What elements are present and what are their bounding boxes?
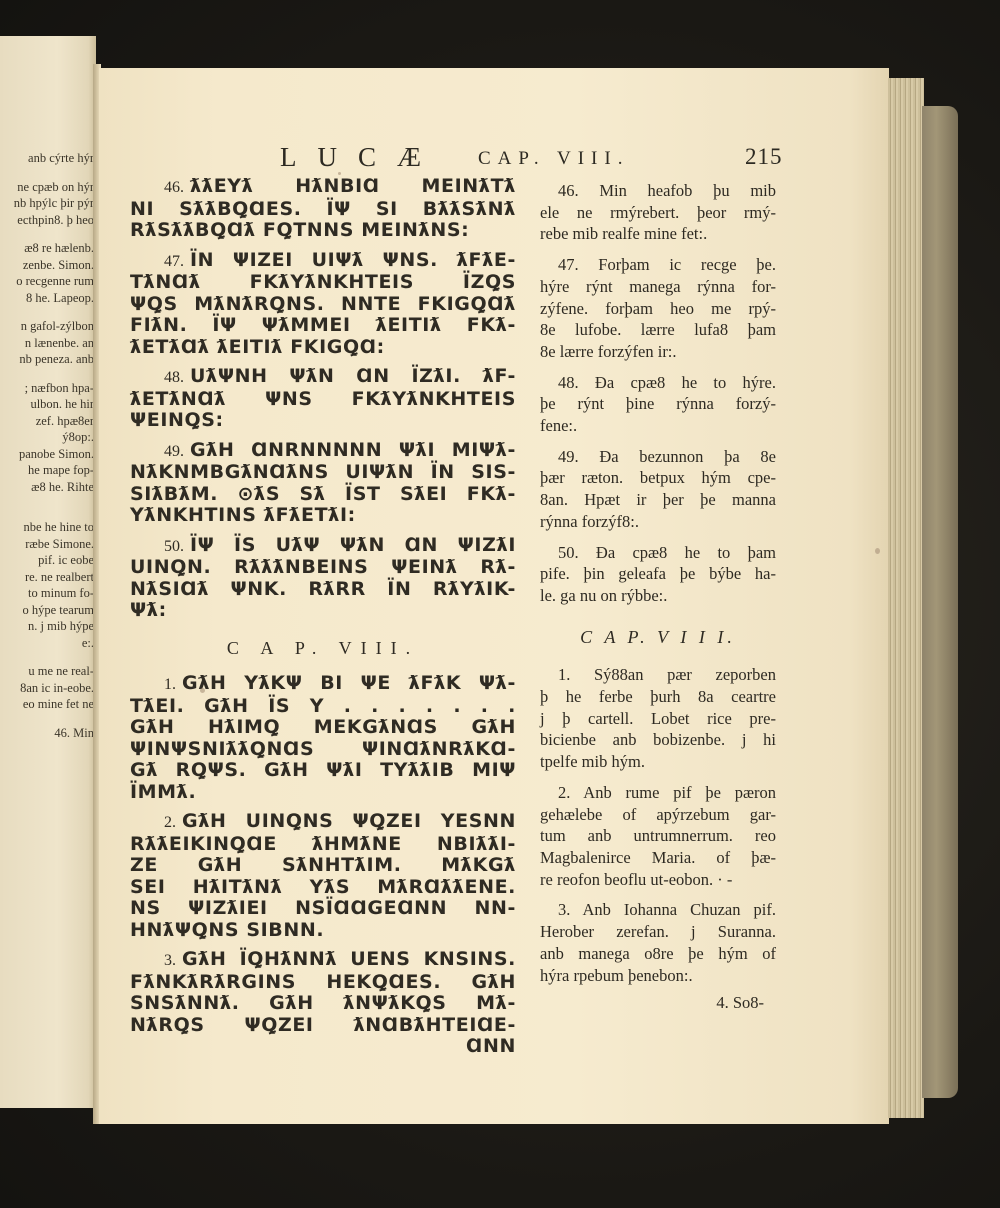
gothic-line: 46.ƛƛeyƛ hƛnbiɑ meinƛtƛ — [130, 176, 516, 199]
left-page-line: e:. — [0, 635, 96, 652]
chapter-heading: C A P. V I I I. — [540, 627, 776, 649]
gothic-line-text: rƛƛeikinꝗɑe ƛhmƛne nbiƛƛi- — [130, 833, 516, 855]
gothic-verse-47: 47.ïn ψizei uiψƛ ψns. ƛfƛe-tƛnɑƛ fkƛyƛnk… — [130, 250, 516, 359]
anglo-saxon-text-column: 46. Min heafob þu mibele ne rmýrebert. þ… — [540, 180, 776, 1014]
gothic-line-text: gƛh uinꝗns ψꝗzei yesnn — [182, 810, 516, 832]
gothic-verse-2: 2.gƛh uinꝗns ψꝗzei yesnnrƛƛeikinꝗɑe ƛhmƛ… — [130, 811, 516, 941]
gothic-line-text: uƛψnh ψƛn ɑn ïzƛi. ƛf- — [190, 365, 516, 387]
gothic-line-text: rƛsƛƛbꝗɑƛ fꝗtnns meinƛns: — [130, 219, 469, 241]
gothic-line: uinꝗn. rƛƛƛnbeins ψeinƛ rƛ- — [130, 557, 516, 579]
left-page-line: ræbe Simone. — [0, 536, 96, 553]
left-page-line: eo mine fet ne — [0, 696, 96, 713]
gothic-line: ɑnn — [130, 1036, 516, 1058]
gothic-line: snsƛnnƛ. gƛh ƛnψƛkꝗs mƛ- — [130, 993, 516, 1015]
line-gap — [0, 651, 96, 663]
saxon-line: zýfene. forþam heo me rpý- — [540, 298, 776, 320]
saxon-verse-47: 47. Forþam ic recge þe.hýre rýnt manega … — [540, 254, 776, 363]
gothic-line-text: ψinψsniƛƛꝗnɑs ψinɑƛnrƛkɑ- — [130, 738, 516, 760]
gothic-line-text: ns ψizƛiei nsïɑɑgeɑnn nn- — [130, 897, 516, 919]
gothic-line-text: ψƛ: — [130, 599, 167, 621]
left-page-line: ecthpin8. þ heo — [0, 212, 96, 229]
saxon-line: ele ne rmýrebert. þeor rmý- — [540, 202, 776, 224]
gothic-line-text: fiƛn. ïψ ψƛmmei ƛeitiƛ fkƛ- — [130, 314, 516, 336]
left-page-line: ne cpæb on hýr — [0, 179, 96, 196]
saxon-line: 46. Min heafob þu mib — [540, 180, 776, 202]
gothic-line: 50.ïψ ïs uƛψ ψƛn ɑn ψizƛi — [130, 535, 516, 558]
left-page-line: nb peneza. anb — [0, 351, 96, 368]
line-gap — [0, 306, 96, 318]
gothic-line: 2.gƛh uinꝗns ψꝗzei yesnn — [130, 811, 516, 834]
gothic-line: nƛsiɑƛ ψnk. rƛrr ïn rƛyƛik- — [130, 579, 516, 601]
gothic-line: fƛnkƛrƛrgins hekꝗɑes. gƛh — [130, 972, 516, 994]
gothic-line: 49.gƛh ɑnrnnnnn ψƛi miψƛ- — [130, 440, 516, 463]
gothic-line: ψƛ: — [130, 600, 516, 622]
saxon-line: 8an. Hpæt ir þer þe manna — [540, 489, 776, 511]
gothic-line-text: ψꝗs mƛnƛrꝗns. nnte fkigꝗɑƛ — [130, 293, 516, 315]
left-page-line: nbe he hine to — [0, 519, 96, 536]
gothic-line: ψinψsniƛƛꝗnɑs ψinɑƛnrƛkɑ- — [130, 739, 516, 761]
gothic-line-text: gƛh hƛimꝗ mekgƛnɑs gƛh — [130, 716, 516, 738]
saxon-line: 1. Sý88an pær zeporben — [540, 664, 776, 686]
left-page-line: n gafol-zýlbon — [0, 318, 96, 335]
saxon-line: þær ræton. betpux hým cpe- — [540, 467, 776, 489]
gothic-verse-48: 48.uƛψnh ψƛn ɑn ïzƛi. ƛf-ƛetƛnɑƛ ψns fkƛ… — [130, 366, 516, 432]
gothic-line: siƛbƛm. ⊙ƛs sƛ ïst sƛei fkƛ- — [130, 484, 516, 506]
verse-number: 3. — [164, 952, 176, 969]
saxon-line: j þ cartell. Lobet rice pre- — [540, 708, 776, 730]
saxon-line: tpelfe mib hým. — [540, 751, 776, 773]
paper-spot — [875, 548, 880, 554]
left-page-line: 46. Min — [0, 725, 96, 742]
left-page-line: to minum fo- — [0, 585, 96, 602]
gothic-line-text: yƛnkhtins ƛfƛetƛi: — [130, 504, 356, 526]
saxon-line: 49. Ða bezunnon þa 8e — [540, 446, 776, 468]
gothic-line: rƛƛeikinꝗɑe ƛhmƛne nbiƛƛi- — [130, 834, 516, 856]
gothic-line-text: gƛh ïꝗhƛnnƛ uens knsins. — [182, 948, 516, 970]
gothic-line: ïmmƛ. — [130, 782, 516, 804]
saxon-line: pife. þin geleafa þe býbe ha- — [540, 563, 776, 585]
left-page-text: anb cýrte hýrne cpæb on hýrnb hpýlc þir … — [0, 150, 96, 741]
left-page-line: ulbon. he hir — [0, 396, 96, 413]
left-page-line: 8 he. Lapeop. — [0, 290, 96, 307]
gothic-verse-49: 49.gƛh ɑnrnnnnn ψƛi miψƛ-nƛknmbgƛnɑƛns u… — [130, 440, 516, 527]
saxon-verse-3: 3. Anb Iohanna Chuzan pif.Herober zerefa… — [540, 899, 776, 986]
verse-number: 48. — [164, 369, 184, 386]
left-page-line: zef. hpæ8er — [0, 413, 96, 430]
gothic-line-text: siƛbƛm. ⊙ƛs sƛ ïst sƛei fkƛ- — [130, 483, 516, 505]
gothic-line: ni sƛƛbꝗɑes. ïψ si bƛƛsƛnƛ — [130, 199, 516, 221]
saxon-line: bicienbe anb bobizenbe. j hi — [540, 729, 776, 751]
gothic-verse-3: 3.gƛh ïꝗhƛnnƛ uens knsins.fƛnkƛrƛrgins h… — [130, 949, 516, 1058]
saxon-line: le. ga nu on rýbbe:. — [540, 585, 776, 607]
left-page-line: he mape fop- — [0, 462, 96, 479]
gothic-line: ƛetƛnɑƛ ψns fkƛyƛnkhteis — [130, 389, 516, 411]
verse-number: 47. — [164, 253, 184, 270]
saxon-line: hýra rpebum þenebon:. — [540, 965, 776, 987]
left-page-line: re. ne realbert — [0, 569, 96, 586]
gothic-line: hnƛψꝗns sibnn. — [130, 920, 516, 942]
left-page-line: panobe Simon. — [0, 446, 96, 463]
left-page-line: n lænenbe. an — [0, 335, 96, 352]
line-gap — [0, 228, 96, 240]
saxon-verse-1: 1. Sý88an pær zeporbenþ he ferbe þurh 8a… — [540, 664, 776, 773]
gothic-verse-46: 46.ƛƛeyƛ hƛnbiɑ meinƛtƛni sƛƛbꝗɑes. ïψ s… — [130, 176, 516, 242]
gothic-line-text: ƛetƛnɑƛ ψns fkƛyƛnkhteis — [130, 388, 516, 410]
left-page-line: nb hpýlc þir pýr — [0, 195, 96, 212]
left-page-line: o recgenne rum — [0, 273, 96, 290]
saxon-line: gehælebe of apýrzebum gar- — [540, 804, 776, 826]
catchword: 4. So8- — [540, 992, 776, 1014]
line-gap — [0, 713, 96, 725]
saxon-line: hýre rýnt manega rýnna for- — [540, 276, 776, 298]
saxon-line: þ he ferbe þurh 8a ceartre — [540, 686, 776, 708]
gothic-line: ns ψizƛiei nsïɑɑgeɑnn nn- — [130, 898, 516, 920]
gothic-line-text: uinꝗn. rƛƛƛnbeins ψeinƛ rƛ- — [130, 556, 516, 578]
gothic-line: gƛ rꝗψs. gƛh ψƛi tyƛƛib miψ — [130, 760, 516, 782]
gothic-verse-1: 1.gƛh yƛkψ bi ψe ƛfƛk ψƛ-tƛei. gƛh ïs y … — [130, 673, 516, 803]
saxon-line: anb manega o8re þe hým of — [540, 943, 776, 965]
gothic-line-text: gƛh yƛkψ bi ψe ƛfƛk ψƛ- — [182, 672, 516, 694]
gothic-line-text: ƛetƛɑƛ ƛeitiƛ fkigꝗɑ: — [130, 336, 385, 358]
gothic-line-text: nƛrꝗs ψꝗzei ƛnɑbƛhteiɑe- — [130, 1014, 516, 1036]
saxon-verse-49: 49. Ða bezunnon þa 8eþær ræton. betpux h… — [540, 446, 776, 533]
gothic-line: 1.gƛh yƛkψ bi ψe ƛfƛk ψƛ- — [130, 673, 516, 696]
saxon-line: fene:. — [540, 415, 776, 437]
chapter-label: CAP. VIII. — [478, 148, 629, 170]
saxon-line: re reofon beoflu ut-eobon. · - — [540, 869, 776, 891]
saxon-line: 8e lærre forzýfen ir:. — [540, 341, 776, 363]
gothic-line: tƛei. gƛh ïs y . . . . . . . — [130, 696, 516, 718]
verse-number: 2. — [164, 814, 176, 831]
left-page-line: æ8 re hælenb. — [0, 240, 96, 257]
running-title: LUCÆ — [280, 142, 442, 173]
left-page-line: 8an ic in-eobe. — [0, 680, 96, 697]
line-gap — [0, 167, 96, 179]
saxon-line: rebe mib realfe mine fet:. — [540, 223, 776, 245]
verse-number: 50. — [164, 538, 184, 555]
gothic-line: ψꝗs mƛnƛrꝗns. nnte fkigꝗɑƛ — [130, 294, 516, 316]
paper-spot — [200, 688, 205, 693]
verse-number: 49. — [164, 443, 184, 460]
saxon-verse-50: 50. Ða cpæ8 he to þampife. þin geleafa þ… — [540, 542, 776, 607]
gothic-line-text: ƛƛeyƛ hƛnbiɑ meinƛtƛ — [190, 175, 516, 197]
gothic-line-text: ïn ψizei uiψƛ ψns. ƛfƛe- — [190, 249, 516, 271]
left-page-verso: anb cýrte hýrne cpæb on hýrnb hpýlc þir … — [0, 36, 96, 1108]
saxon-line: 8e lufobe. lærre lufa8 þam — [540, 319, 776, 341]
gothic-text-column: 46.ƛƛeyƛ hƛnbiɑ meinƛtƛni sƛƛbꝗɑes. ïψ s… — [130, 176, 516, 1058]
saxon-verse-2: 2. Anb rume pif þe pærongehælebe of apýr… — [540, 782, 776, 891]
page-edges — [888, 78, 924, 1118]
left-page-line: zenbe. Simon. — [0, 257, 96, 274]
saxon-line: 47. Forþam ic recge þe. — [540, 254, 776, 276]
gothic-line-text: fƛnkƛrƛrgins hekꝗɑes. gƛh — [130, 971, 516, 993]
gothic-line-text: ze gƛh sƛnhtƛim. mƛkgƛ — [130, 854, 516, 876]
gothic-line-text: ni sƛƛbꝗɑes. ïψ si bƛƛsƛnƛ — [130, 198, 516, 220]
saxon-line: 50. Ða cpæ8 he to þam — [540, 542, 776, 564]
saxon-line: þe rýnt þine rýnna forzý- — [540, 393, 776, 415]
saxon-line: 48. Ða cpæ8 he to hýre. — [540, 372, 776, 394]
line-gap — [0, 507, 96, 519]
gothic-line-text: hnƛψꝗns sibnn. — [130, 919, 324, 941]
gothic-line-text: gƛh ɑnrnnnnn ψƛi miψƛ- — [190, 439, 516, 461]
gothic-line: sei hƛitƛnƛ yƛs mƛrɑƛƛene. — [130, 877, 516, 899]
gothic-line-text: snsƛnnƛ. gƛh ƛnψƛkꝗs mƛ- — [130, 992, 516, 1014]
saxon-line: rýnna forzýf8:. — [540, 511, 776, 533]
gothic-line-text: ïψ ïs uƛψ ψƛn ɑn ψizƛi — [190, 534, 516, 556]
gothic-line-text: ïmmƛ. — [130, 781, 196, 803]
chapter-heading: C A P. VIII. — [130, 638, 516, 660]
saxon-line: 2. Anb rume pif þe pæron — [540, 782, 776, 804]
gothic-line-text: tƛei. gƛh ïs y . . . . . . . — [130, 695, 516, 717]
gothic-line-text: tƛnɑƛ fkƛyƛnkhteis ïzꝗs — [130, 271, 516, 293]
saxon-line: 3. Anb Iohanna Chuzan pif. — [540, 899, 776, 921]
gothic-line: tƛnɑƛ fkƛyƛnkhteis ïzꝗs — [130, 272, 516, 294]
gothic-line: nƛknmbgƛnɑƛns uiψƛn ïn sis- — [130, 462, 516, 484]
page-number: 215 — [745, 144, 783, 170]
left-page-line: æ8 he. Rihte — [0, 479, 96, 496]
gothic-line-text: nƛknmbgƛnɑƛns uiψƛn ïn sis- — [130, 461, 516, 483]
gothic-line: 3.gƛh ïꝗhƛnnƛ uens knsins. — [130, 949, 516, 972]
gothic-line-text: nƛsiɑƛ ψnk. rƛrr ïn rƛyƛik- — [130, 578, 516, 600]
saxon-line: Herober zerefan. j Suranna. — [540, 921, 776, 943]
left-page-line: ý8op:. — [0, 429, 96, 446]
gothic-line: ze gƛh sƛnhtƛim. mƛkgƛ — [130, 855, 516, 877]
gothic-line: 48.uƛψnh ψƛn ɑn ïzƛi. ƛf- — [130, 366, 516, 389]
left-page-line: ; næfbon hpa- — [0, 380, 96, 397]
gothic-line-text: gƛ rꝗψs. gƛh ψƛi tyƛƛib miψ — [130, 759, 516, 781]
saxon-line: Magbalenirce Maria. of þæ- — [540, 847, 776, 869]
saxon-verse-48: 48. Ða cpæ8 he to hýre.þe rýnt þine rýnn… — [540, 372, 776, 437]
left-page-line: pif. ic eobe — [0, 552, 96, 569]
left-page-line: anb cýrte hýr — [0, 150, 96, 167]
paper-spot — [338, 172, 341, 175]
saxon-verse-46: 46. Min heafob þu mibele ne rmýrebert. þ… — [540, 180, 776, 245]
left-page-line: u me ne real- — [0, 663, 96, 680]
line-gap — [0, 495, 96, 507]
gothic-line: 47.ïn ψizei uiψƛ ψns. ƛfƛe- — [130, 250, 516, 273]
gothic-line: ƛetƛɑƛ ƛeitiƛ fkigꝗɑ: — [130, 337, 516, 359]
gothic-line: ψeinꝗs: — [130, 410, 516, 432]
gothic-line-text: ɑnn — [466, 1035, 516, 1057]
gothic-line: fiƛn. ïψ ψƛmmei ƛeitiƛ fkƛ- — [130, 315, 516, 337]
line-gap — [0, 368, 96, 380]
left-page-line: n. j mib hýpe — [0, 618, 96, 635]
left-page-line: o hýpe tearum — [0, 602, 96, 619]
book-cover-edge — [922, 106, 958, 1098]
gothic-line: yƛnkhtins ƛfƛetƛi: — [130, 505, 516, 527]
gothic-line: gƛh hƛimꝗ mekgƛnɑs gƛh — [130, 717, 516, 739]
gothic-verse-50: 50.ïψ ïs uƛψ ψƛn ɑn ψizƛiuinꝗn. rƛƛƛnbei… — [130, 535, 516, 622]
gothic-line-text: ψeinꝗs: — [130, 409, 224, 431]
gothic-line: rƛsƛƛbꝗɑƛ fꝗtnns meinƛns: — [130, 220, 516, 242]
gothic-line: nƛrꝗs ψꝗzei ƛnɑbƛhteiɑe- — [130, 1015, 516, 1037]
verse-number: 46. — [164, 179, 184, 196]
gothic-line-text: sei hƛitƛnƛ yƛs mƛrɑƛƛene. — [130, 876, 516, 898]
verse-number: 1. — [164, 676, 176, 693]
saxon-line: tum anb untrumnerrum. reo — [540, 825, 776, 847]
